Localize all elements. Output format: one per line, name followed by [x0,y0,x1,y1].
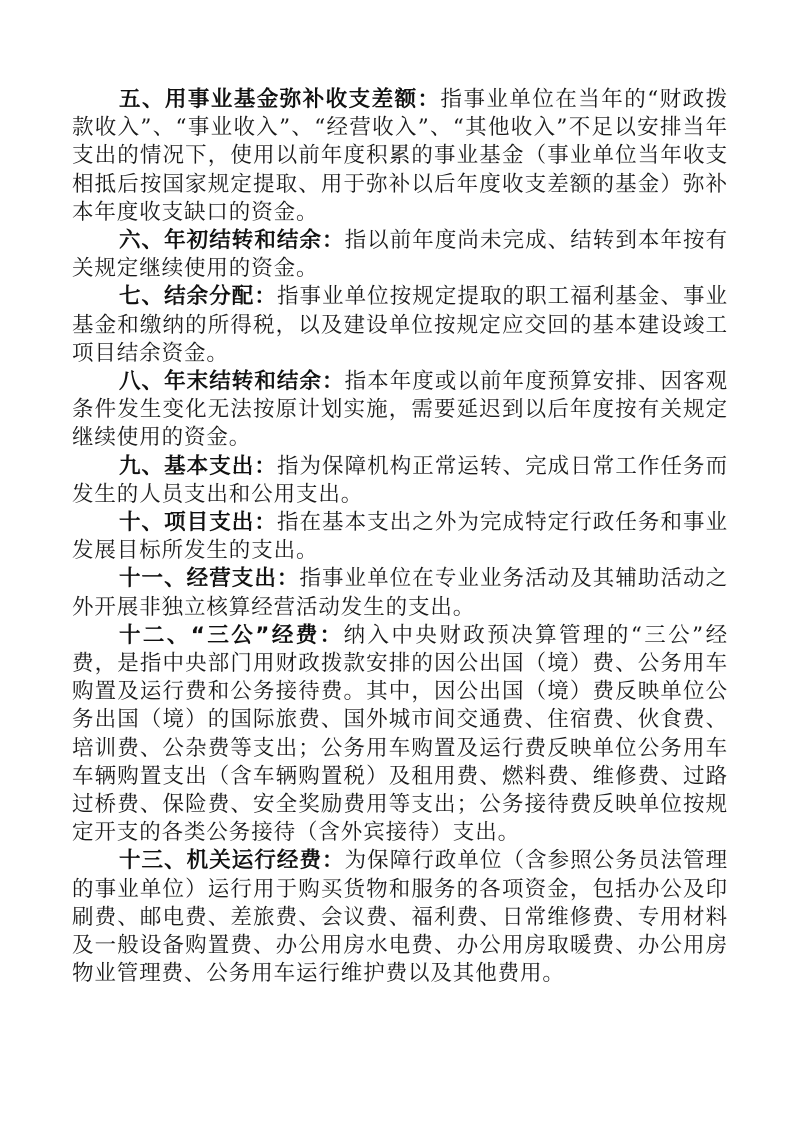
definition-paragraph-10: 十、项目支出：指在基本支出之外为完成特定行政任务和事业发展目标所发生的支出。 [72,509,728,565]
definition-term: 十、项目支出： [119,510,277,535]
definition-paragraph-5: 五、用事业基金弥补收支差额：指事业单位在当年的“财政拨款收入”、“事业收入”、“… [72,86,728,227]
definition-paragraph-12: 十二、“三公”经费：纳入中央财政预决算管理的“三公”经费，是指中央部门用财政拨款… [72,622,728,848]
definition-term: 九、基本支出： [119,454,277,479]
definition-paragraph-13: 十三、机关运行经费：为保障行政单位（含参照公务员法管理的事业单位）运行用于购买货… [72,847,728,988]
definition-term: 六、年初结转和结余： [119,228,345,253]
definition-term: 十一、经营支出： [119,566,300,591]
definition-body: 纳入中央财政预决算管理的“三公”经费，是指中央部门用财政拨款安排的因公出国（境）… [72,623,728,845]
definition-paragraph-9: 九、基本支出：指为保障机构正常运转、完成日常工作任务而发生的人员支出和公用支出。 [72,453,728,509]
definition-paragraph-6: 六、年初结转和结余：指以前年度尚未完成、结转到本年按有关规定继续使用的资金。 [72,227,728,283]
definition-term: 十二、“三公”经费： [119,623,344,648]
definition-term: 五、用事业基金弥补收支差额： [119,87,441,112]
document-page: 五、用事业基金弥补收支差额：指事业单位在当年的“财政拨款收入”、“事业收入”、“… [72,86,728,989]
definition-term: 七、结余分配： [119,284,277,309]
definition-term: 十三、机关运行经费： [119,848,345,873]
definition-paragraph-7: 七、结余分配：指事业单位按规定提取的职工福利基金、事业基金和缴纳的所得税，以及建… [72,283,728,368]
definition-paragraph-8: 八、年末结转和结余：指本年度或以前年度预算安排、因客观条件发生变化无法按原计划实… [72,368,728,453]
definition-term: 八、年末结转和结余： [119,369,345,394]
definition-paragraph-11: 十一、经营支出：指事业单位在专业业务活动及其辅助活动之外开展非独立核算经营活动发… [72,565,728,621]
